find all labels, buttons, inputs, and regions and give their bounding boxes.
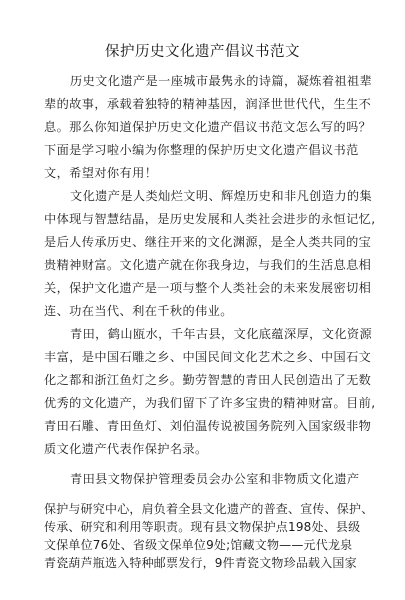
paragraph-4-line-2: 保护与研究中心，肩负着全县文化遗产的普查、宣传、保护、: [44, 500, 373, 517]
paragraph-4-line-1: 青田县文物保护管理委员会办公室和非物质文化遗产: [70, 470, 360, 487]
paragraph-2-line-6: 连、功在当代、利在千秋的伟业。: [44, 302, 233, 319]
paragraph-4-line-3: 传承、研究和利用等职责。现有县文物保护点198处、县级: [44, 518, 360, 535]
paragraph-2-line-4: 贵精神财富。文化遗产就在你我身边，与我们的生活息息相: [44, 256, 371, 273]
paragraph-3-line-1: 青田，鹤山瓯水，千年古县，文化底蕴深厚，文化资源: [70, 325, 372, 342]
paragraph-3-line-6: 质文化遗产代表作保护名录。: [44, 440, 208, 457]
document-title: 保护历史文化遗产倡议书范文: [0, 40, 405, 61]
document-page: 保护历史文化遗产倡议书范文 历史文化遗产是一座城市最隽永的诗篇，凝炼着祖祖辈 辈…: [0, 0, 405, 600]
paragraph-2-line-2: 中体现与智慧结晶，是历史发展和人类社会进步的永恒记忆,: [44, 210, 376, 227]
paragraph-1-line-3: 息。那么你知道保护历史文化遗产倡议书范文怎么写的吗？: [44, 118, 371, 135]
paragraph-1-line-2: 辈的故事，承载着独特的精神基因，润泽世世代代，生生不: [44, 95, 371, 112]
paragraph-2-line-3: 是后人传承历史、继往开来的文化渊源，是全人类共同的宝: [44, 233, 371, 250]
paragraph-3-line-5: 青田石雕、青田鱼灯、刘伯温传说被国务院列入国家级非物: [44, 417, 371, 434]
paragraph-4-line-5: 青瓷葫芦瓶选入特种邮票发行，9件青瓷文物珍品载入国家: [44, 554, 357, 571]
paragraph-2-line-5: 关，保护文化遗产是一项与整个人类社会的未来发展密切相: [44, 279, 371, 296]
paragraph-2-line-1: 文化遗产是人类灿烂文明、辉煌历史和非凡创造力的集: [70, 187, 372, 204]
paragraph-1-line-5: 文，希望对你有用！: [44, 164, 157, 181]
paragraph-1-line-1: 历史文化遗产是一座城市最隽永的诗篇，凝炼着祖祖辈: [70, 72, 372, 89]
paragraph-3-line-2: 丰富，是中国石雕之乡、中国民间文化艺术之乡、中国石文: [44, 348, 371, 365]
paragraph-1-line-4: 下面是学习啦小编为你整理的保护历史文化遗产倡议书范: [44, 141, 359, 158]
paragraph-4-line-4: 文保单位76处、省级文保单位9处;馆藏文物——元代龙泉: [44, 536, 352, 553]
paragraph-3-line-4: 优秀的文化遗产，为我们留下了许多宝贵的精神财富。目前,: [44, 394, 376, 411]
paragraph-3-line-3: 化之都和浙江鱼灯之乡。勤劳智慧的青田人民创造出了无数: [44, 371, 371, 388]
